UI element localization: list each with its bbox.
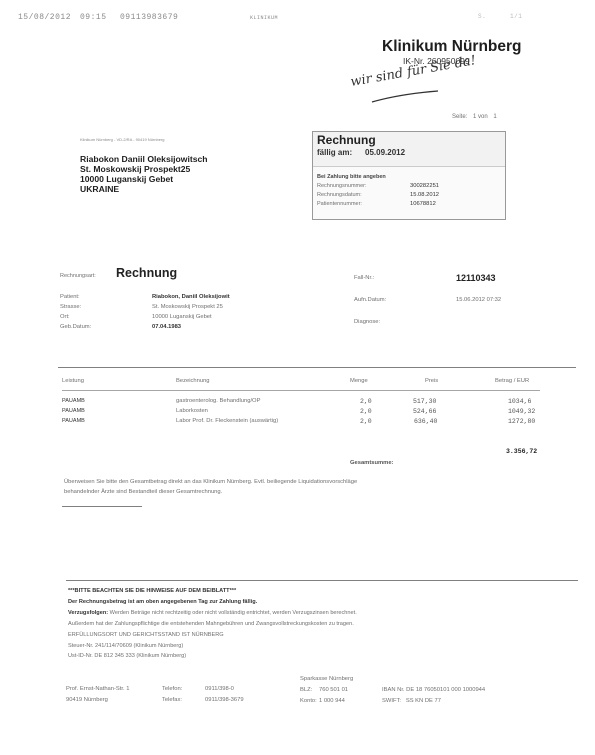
notice-vat-id: Ust-ID-Nr. DE 812 345 333 (Klinikum Nürn… (68, 651, 357, 661)
row-description: Laborkosten (176, 408, 208, 414)
case-number-label: Fall-Nr.: (354, 275, 374, 281)
row-price: 517,30 (413, 398, 436, 405)
notice-top-divider (66, 580, 578, 581)
footer-fax-label: Telefax: (162, 697, 182, 703)
transfer-note-line2: behandelnder Ärzte sind Bestandteil dies… (64, 487, 357, 497)
header-quantity: Menge (350, 378, 368, 384)
invoice-number-label: Rechnungsnummer: (317, 183, 367, 189)
case-number-value: 12110343 (456, 273, 496, 283)
page-current: 1 (473, 114, 476, 120)
recipient-country: UKRAINE (80, 184, 208, 194)
row-description: gastroenterolog. Behandlung/OP (176, 398, 260, 404)
notice-block: ***BITTE BEACHTEN SIE DIE HINWEISE AUF D… (68, 586, 357, 661)
table-top-divider (58, 367, 576, 368)
fax-page-a: S. (478, 13, 486, 20)
page-label: Seite: (452, 114, 467, 120)
footer-konto-label: Konto: (300, 698, 317, 704)
patient-number-label: Patientennummer: (317, 201, 362, 207)
admission-date-label: Aufn.Datum: (354, 297, 386, 303)
patient-value: Riabokon, Daniil Oleksijowit (152, 294, 230, 300)
invoice-date-value: 15.08.2012 (410, 192, 439, 198)
transfer-note-line1: Überweisen Sie bitte den Gesamtbetrag di… (64, 477, 357, 487)
invoice-number-value: 300282251 (410, 183, 439, 189)
fax-page-b: 1/1 (510, 13, 522, 20)
row-amount: 1272,80 (508, 418, 535, 425)
notice-due-line: Der Rechnungsbetrag ist am oben angegebe… (68, 597, 357, 608)
row-description: Labor Prof. Dr. Fleckenstein (auswärtig) (176, 418, 278, 424)
page-of: von (478, 114, 488, 120)
footer-iban: IBAN Nr. DE 18 76050101 000 1000944 (382, 687, 485, 693)
row-service: PAUAMB (62, 418, 85, 424)
row-service: PAUAMB (62, 398, 85, 404)
transfer-note: Überweisen Sie bitte den Gesamtbetrag di… (64, 477, 357, 497)
footer-bank-name: Sparkasse Nürnberg (300, 676, 353, 682)
row-quantity: 2,0 (360, 408, 372, 415)
transfer-note-divider (62, 506, 142, 507)
row-quantity: 2,0 (360, 418, 372, 425)
row-amount: 1049,32 (508, 408, 535, 415)
footer-blz-label: BLZ: (300, 687, 312, 693)
notice-default-text: Werden Beträge nicht rechtzeitig oder ni… (110, 610, 357, 616)
notice-default-label: Verzugsfolgen: (68, 610, 108, 616)
footer-konto-value: 1 000 944 (319, 698, 345, 704)
total-value: 3.356,72 (506, 448, 537, 455)
street-label: Strasse: (60, 304, 81, 310)
footer-street: Prof. Ernst-Nathan-Str. 1 (66, 686, 129, 692)
fax-sender: KLINIKUM (250, 15, 278, 21)
street-value: St. Moskowskij Prospekt 25 (152, 304, 223, 310)
reference-heading: Bei Zahlung bitte angeben (317, 174, 386, 180)
recipient-street: St. Moskowskij Prospekt25 (80, 164, 208, 174)
birthdate-label: Geb.Datum: (60, 324, 91, 330)
patient-label: Patient: (60, 294, 80, 300)
admission-date-value: 15.06.2012 07:32 (456, 297, 501, 303)
footer-phone-label: Telefon: (162, 686, 182, 692)
patient-number-value: 10678812 (410, 201, 436, 207)
footer-city: 90419 Nürnberg (66, 697, 108, 703)
slogan-underline-icon (370, 90, 440, 104)
row-price: 636,40 (414, 418, 437, 425)
due-label: fällig am: (317, 148, 352, 157)
notice-jurisdiction: ERFÜLLUNGSORT UND GERICHTSSTAND IST NÜRN… (68, 630, 357, 641)
invoice-type-label: Rechnungsart: (60, 273, 96, 279)
birthdate-value: 07.04.1983 (152, 324, 181, 330)
page-info: Seite: 1 von 1 (452, 114, 497, 120)
header-description: Bezeichnung (176, 378, 210, 384)
footer-phone-value: 0911/398-0 (205, 686, 234, 692)
fax-time: 09:15 (80, 13, 107, 22)
fax-date: 15/08/2012 (18, 13, 71, 22)
header-amount: Betrag / EUR (495, 378, 529, 384)
diagnosis-label: Diagnose: (354, 319, 380, 325)
footer-blz-value: 760 501 01 (319, 687, 348, 693)
invoice-type-value: Rechnung (116, 266, 177, 280)
row-amount: 1034,6 (508, 398, 531, 405)
city-value: 10000 Luganskij Gebet (152, 314, 212, 320)
row-price: 524,66 (413, 408, 436, 415)
footer-fax-value: 0911/398-3679 (205, 697, 244, 703)
due-date: 05.09.2012 (365, 148, 405, 157)
total-label: Gesamtsumme: (350, 460, 394, 466)
invoice-date-label: Rechnungsdatum: (317, 192, 362, 198)
notice-default-line: Verzugsfolgen: Werden Beträge nicht rech… (68, 608, 357, 619)
notice-heading: ***BITTE BEACHTEN SIE DIE HINWEISE AUF D… (68, 586, 357, 597)
footer-swift: SWIFT: SS KN DE 77 (382, 698, 441, 704)
infobox-title: Rechnung (317, 133, 376, 147)
invoice-info-box: Rechnung fällig am: 05.09.2012 Bei Zahlu… (312, 131, 506, 220)
header-service: Leistung (62, 378, 84, 384)
recipient-city: 10000 Luganskij Gebet (80, 174, 208, 184)
notice-tax-nr: Steuer-Nr. 241/114/70609 (Klinikum Nürnb… (68, 641, 357, 651)
notice-fees-line: Außerdem hat der Zahlungspflichtige die … (68, 619, 357, 630)
recipient-address: Riabokon Daniil Oleksijowitsch St. Mosko… (80, 154, 208, 194)
page-total: 1 (493, 114, 496, 120)
brand-name: Klinikum Nürnberg (382, 38, 522, 56)
recipient-name: Riabokon Daniil Oleksijowitsch (80, 154, 208, 164)
row-service: PAUAMB (62, 408, 85, 414)
table-header-divider (62, 390, 540, 391)
fax-number: 09113983679 (120, 13, 178, 22)
header-price: Preis (425, 378, 438, 384)
city-label: Ort: (60, 314, 70, 320)
sender-line: Klinikum Nürnberg - VD-2/RA - 90419 Nürn… (80, 137, 164, 142)
row-quantity: 2,0 (360, 398, 372, 405)
